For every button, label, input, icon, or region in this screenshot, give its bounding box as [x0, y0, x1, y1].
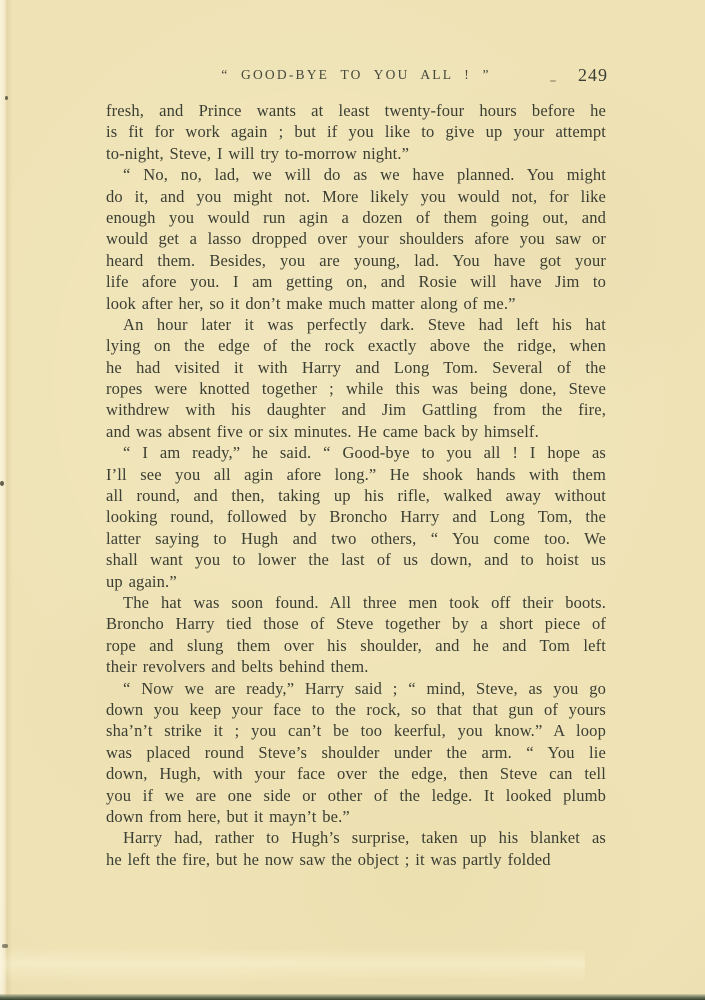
page-bottom-edge	[0, 994, 705, 1000]
text-line: shall want you to lower the last of us d…	[106, 549, 606, 570]
text-line: all round, and then, taking up his rifle…	[106, 485, 606, 506]
text-line: The hat was soon found. All three men to…	[106, 592, 606, 613]
text-line: fresh, and Prince wants at least twenty-…	[106, 100, 606, 121]
text-line: looking round, followed by Broncho Harry…	[106, 506, 606, 527]
text-line: withdrew with his daughter and Jim Gattl…	[106, 399, 606, 420]
body-text: fresh, and Prince wants at least twenty-…	[106, 100, 606, 870]
text-line: life afore you. I am getting on, and Ros…	[106, 271, 606, 292]
text-line: down, Hugh, with your face over the edge…	[106, 763, 606, 784]
text-line: would get a lasso dropped over your shou…	[106, 228, 606, 249]
bottom-light-band	[0, 948, 585, 982]
text-line: up again.”	[106, 571, 606, 592]
text-line: is fit for work again ; but if you like …	[106, 121, 606, 142]
text-line: ropes were knotted together ; while this…	[106, 378, 606, 399]
text-line: sha’n’t strike it ; you can’t be too kee…	[106, 720, 606, 741]
text-line: you if we are one side or other of the l…	[106, 785, 606, 806]
text-line: enough you would run agin a dozen of the…	[106, 207, 606, 228]
text-line: do it, and you might not. More likely yo…	[106, 186, 606, 207]
paper-speck	[5, 96, 8, 100]
text-line: “ I am ready,” he said. “ Good-bye to yo…	[106, 442, 606, 463]
text-line: Broncho Harry tied those of Steve togeth…	[106, 613, 606, 634]
text-line: their revolvers and belts behind them.	[106, 656, 606, 677]
running-header-title: “ GOOD-BYE TO YOU ALL ! ”	[106, 67, 606, 83]
text-line: and was absent five or six minutes. He c…	[106, 421, 606, 442]
page-number: 249	[578, 65, 608, 86]
text-line: latter saying to Hugh and two others, “ …	[106, 528, 606, 549]
text-line: “ No, no, lad, we will do as we have pla…	[106, 164, 606, 185]
page-left-edge	[0, 0, 12, 1000]
text-line: to-night, Steve, I will try to-morrow ni…	[106, 143, 606, 164]
text-line: I’ll see you all agin afore long.” He sh…	[106, 464, 606, 485]
book-page: “ GOOD-BYE TO YOU ALL ! ” 249 fresh, and…	[0, 0, 705, 1000]
text-line: heard them. Besides, you are young, lad.…	[106, 250, 606, 271]
paper-speck	[0, 481, 4, 486]
paper-speck	[2, 944, 8, 948]
text-line: was placed round Steve’s shoulder under …	[106, 742, 606, 763]
text-line: rope and slung them over his shoulder, a…	[106, 635, 606, 656]
text-line: Harry had, rather to Hugh’s surprise, ta…	[106, 827, 606, 848]
text-line: he left the fire, but he now saw the obj…	[106, 849, 606, 870]
text-line: he had visited it with Harry and Long To…	[106, 357, 606, 378]
text-line: down you keep your face to the rock, so …	[106, 699, 606, 720]
running-header: “ GOOD-BYE TO YOU ALL ! ” 249	[106, 67, 606, 87]
text-line: down from here, but it mayn’t be.”	[106, 806, 606, 827]
text-line: lying on the edge of the rock exactly ab…	[106, 335, 606, 356]
text-line: look after her, so it don’t make much ma…	[106, 293, 606, 314]
text-line: “ Now we are ready,” Harry said ; “ mind…	[106, 678, 606, 699]
text-line: An hour later it was perfectly dark. Ste…	[106, 314, 606, 335]
